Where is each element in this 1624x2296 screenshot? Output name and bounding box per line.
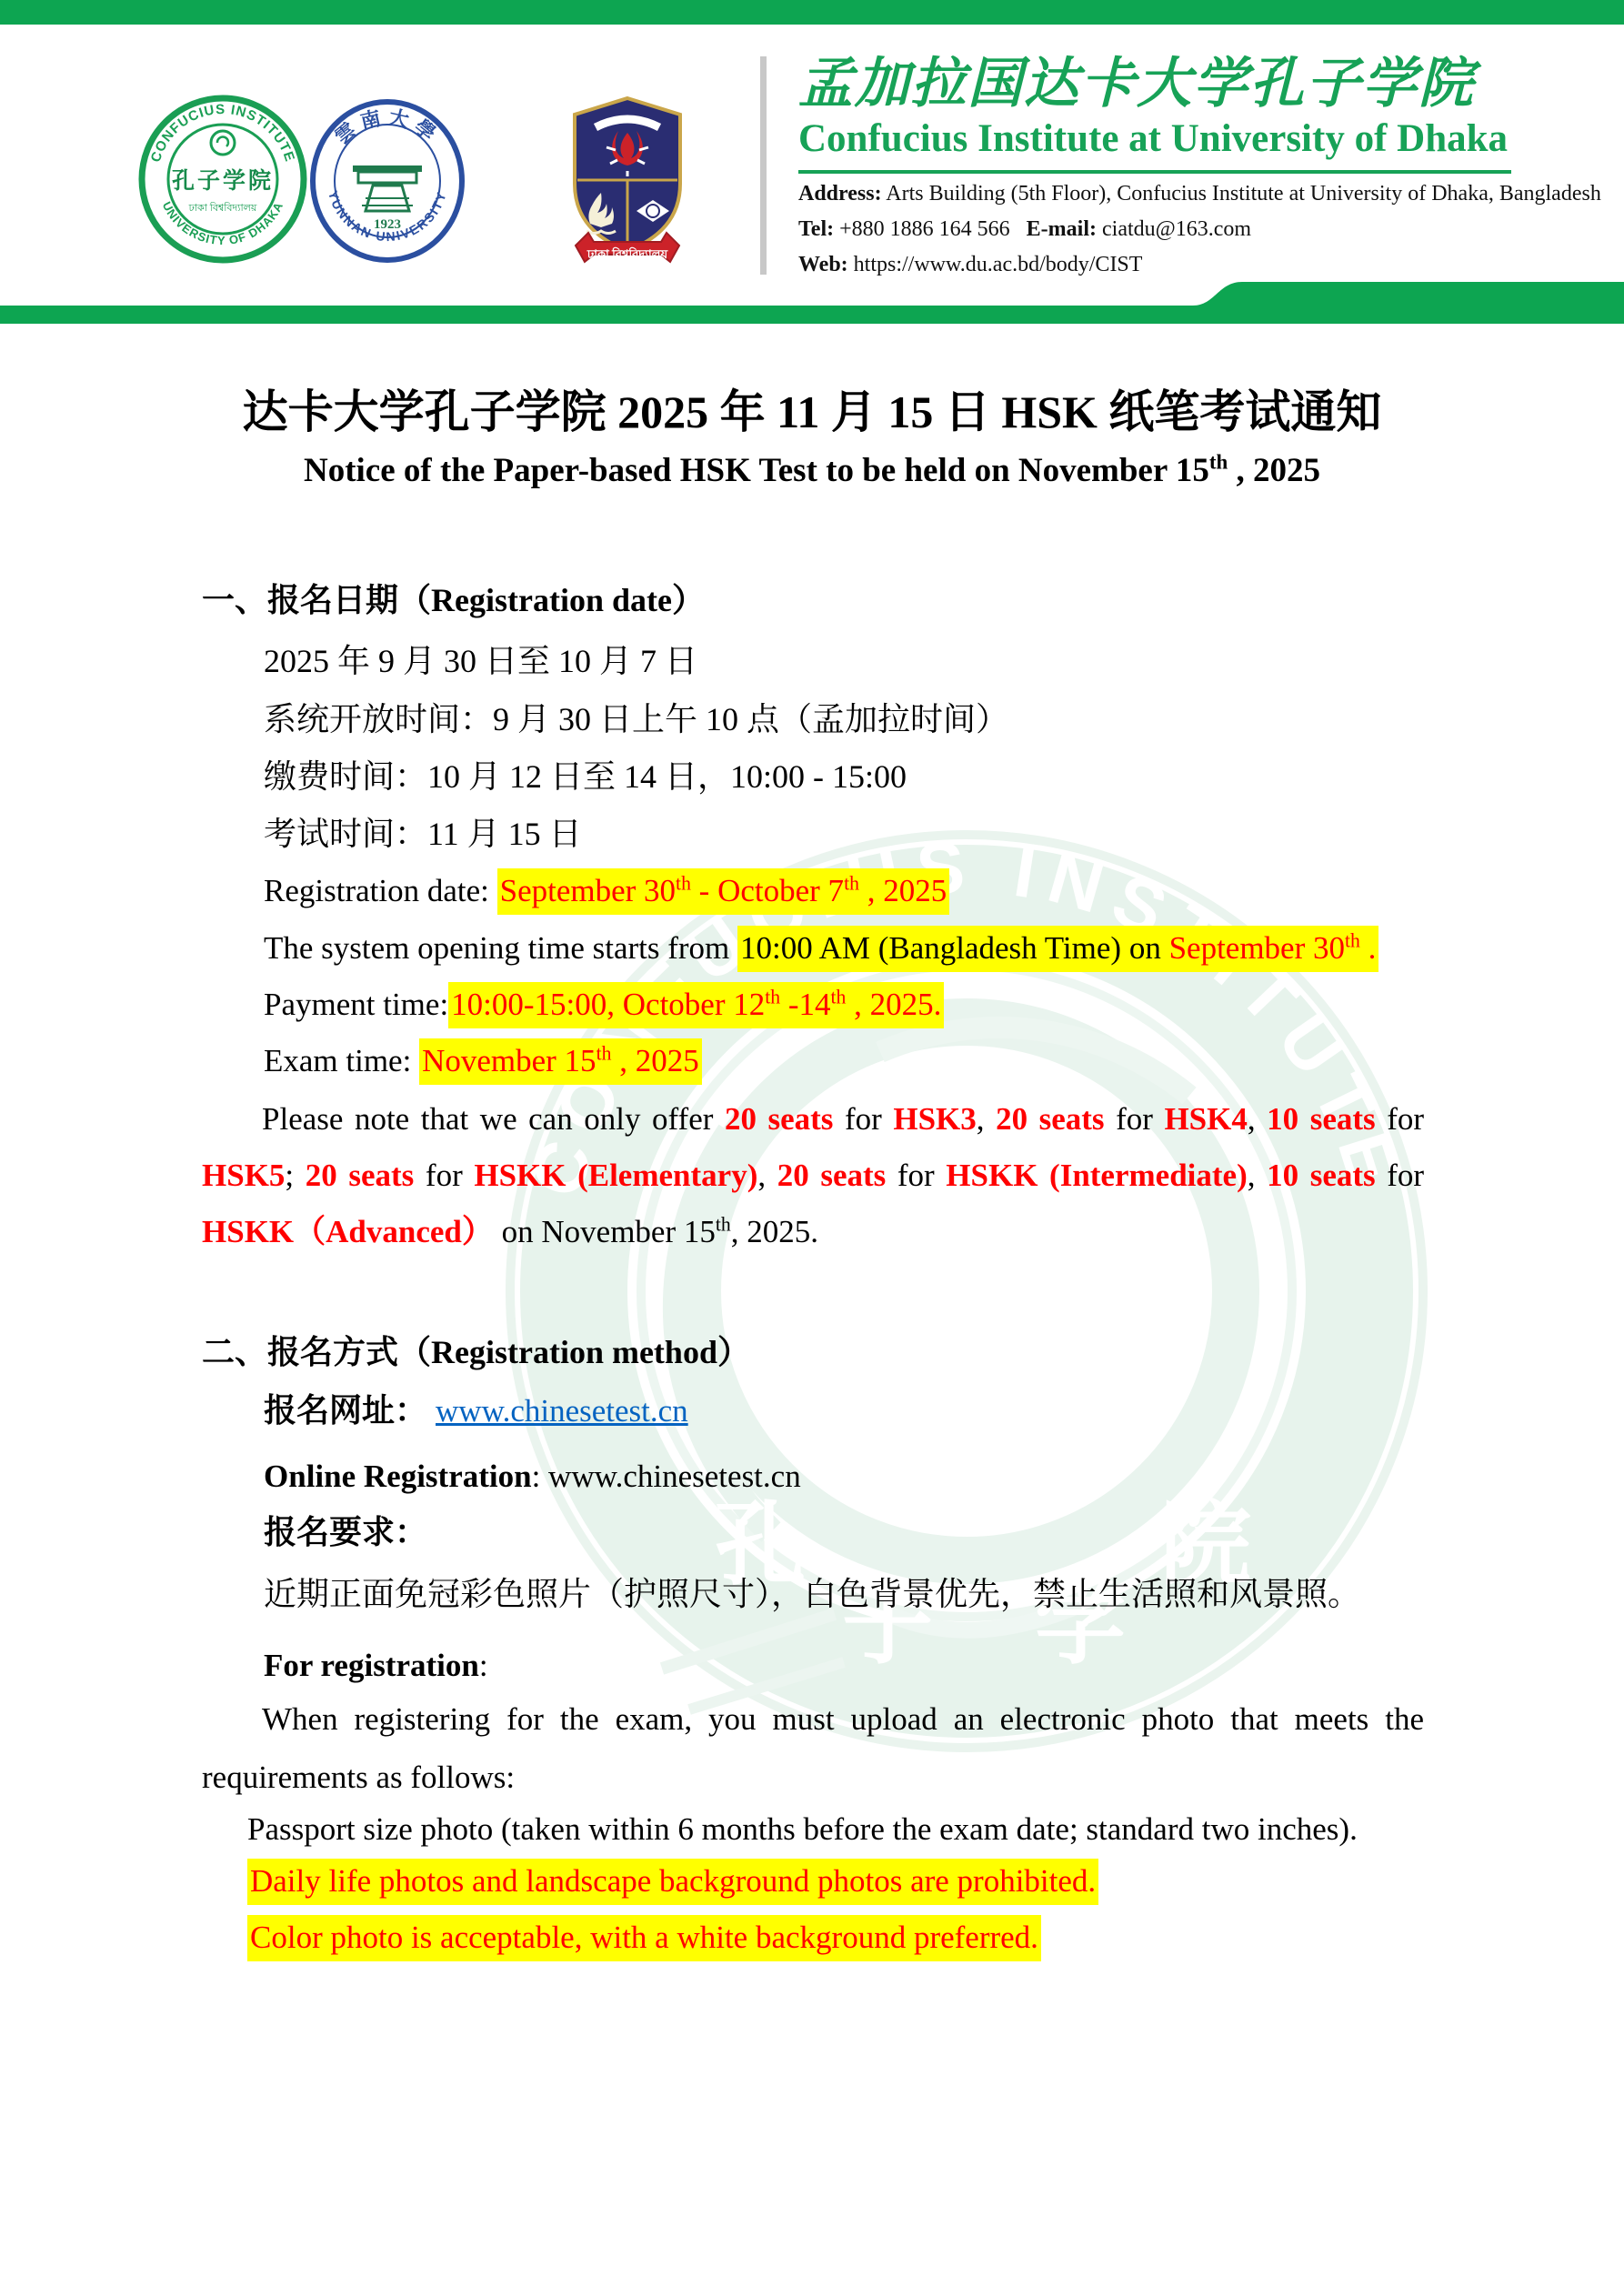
title-en-tail: , 2025 [1228,452,1320,489]
highlight-text: , 2025 [859,873,947,908]
title-en-sup: th [1209,451,1228,474]
registration-date-label: Registration date: [264,873,497,908]
registration-date-line: Registration date: September 30th - Octo… [264,870,949,912]
seats-red: 20 seats [306,1158,415,1193]
highlight-text: . [1360,930,1377,966]
seats-text: , [977,1101,996,1137]
university-of-dhaka-shield-icon: ঢাকা বিশ্ববিদ্যালয় [559,56,696,276]
seats-line-1: Please note that we can only offer 20 se… [262,1098,1424,1140]
acceptable-highlight: Color photo is acceptable, with a white … [247,1915,1041,1961]
seats-red: HSKK (Intermediate) [946,1158,1247,1193]
highlight-text: 10:00-15:00, October 12 [451,987,765,1022]
ordinal-sup: th [831,986,847,1008]
header-swoosh-bar [0,273,1624,327]
highlight-text: , 2025 [611,1043,698,1078]
shield-ribbon-text: ঢাকা বিশ্ববিদ্যালয় [586,246,669,261]
registration-dates-cn: 2025 年 9 月 30 日至 10 月 7 日 [264,640,697,683]
top-green-bar [0,0,1624,25]
document-page: CONFUCIUS INSTITUTE 孔 子 学 院 CONFUCIUS IN… [0,0,1624,2296]
seats-red: HSK4 [1164,1101,1247,1137]
highlight-text: September 30 [500,873,676,908]
system-open-cn: 系统开放时间：9 月 30 日上午 10 点（孟加拉时间） [264,698,1008,741]
requirements-label: 报名要求： [264,1511,427,1554]
seats-text: Please note that we can only offer [262,1101,725,1137]
ordinal-sup: th [765,986,780,1008]
ordinal-sup: th [1345,929,1360,951]
highlight-red-text: September 30th . [1169,930,1377,966]
exam-time-line: Exam time: November 15th , 2025 [264,1040,702,1082]
photo-requirement-cn: 近期正面免冠彩色照片（护照尺寸），白色背景优先，禁止生活照和风景照。 [264,1573,1360,1616]
seats-text: , [757,1158,777,1193]
tel-label: Tel: [798,217,834,241]
upload-photo-line-2: requirements as follows: [202,1757,515,1799]
institute-name-english: Confucius Institute at University of Dha… [798,116,1508,161]
seal-bengali-text: ঢাকা বিশ্ববিদ্যালয় [188,202,257,214]
ordinal-sup: th [596,1042,612,1064]
institute-name-chinese: 孟加拉国达卡大学孔子学院 [798,40,1517,118]
seats-line-2: HSK5; 20 seats for HSKK (Elementary), 20… [202,1155,1424,1197]
header-rule [798,170,1511,174]
seats-text: for [1376,1158,1424,1193]
page-title-chinese: 达卡大学孔子学院 2025 年 11 月 15 日 HSK 纸笔考试通知 [200,387,1424,437]
seats-red: 10 seats [1267,1101,1375,1137]
for-registration-line: For registration: [264,1645,488,1687]
registration-date-highlight: September 30th - October 7th , 2025 [497,868,950,915]
highlight-text: - October 7 [691,873,844,908]
chinesetest-link[interactable]: www.chinesetest.cn [436,1393,688,1429]
yunnan-university-seal-icon: 雲南大學 1923 YUNNAN UNIVERSITY [309,98,466,264]
payment-time-line: Payment time:10:00-15:00, October 12th -… [264,984,944,1026]
payment-time-cn: 缴费时间：10 月 12 日至 14 日，10:00 - 15:00 [264,756,907,798]
tel-value: +880 1886 164 566 [839,217,1010,241]
payment-time-label: Payment time: [264,987,448,1022]
seats-red: 20 seats [777,1158,887,1193]
exam-time-label: Exam time: [264,1043,419,1078]
online-registration-line: Online Registration: www.chinesetest.cn [264,1456,801,1498]
ordinal-sup: th [844,872,859,894]
ordinal-sup: th [676,872,691,894]
prohibited-highlight: Daily life photos and landscape backgrou… [247,1859,1098,1905]
seats-red: HSKK（Advanced） [202,1214,494,1249]
confucius-institute-dhaka-seal-icon: CONFUCIUS INSTITUTE UNIVERSITY OF DHAKA … [136,93,309,266]
system-opening-pre: The system opening time starts from [264,930,737,966]
address-line: Address: Arts Building (5th Floor), Conf… [798,182,1601,206]
online-registration-value: : www.chinesetest.cn [532,1459,801,1494]
for-registration-colon: : [479,1648,488,1683]
exam-time-cn: 考试时间：11 月 15 日 [264,813,582,856]
section2-heading: 二、报名方式（Registration method） [202,1331,750,1374]
seats-red: HSK5 [202,1158,285,1193]
seats-text: , [1248,1158,1267,1193]
page-title-english: Notice of the Paper-based HSK Test to be… [200,453,1424,490]
seats-red: 20 seats [725,1101,833,1137]
seats-red: HSK3 [893,1101,976,1137]
passport-photo-line: Passport size photo (taken within 6 mont… [247,1809,1358,1850]
seats-text: for [886,1158,946,1193]
seal-center-text: 孔子学院 [172,167,274,194]
upload-photo-line-1: When registering for the exam, you must … [262,1699,1424,1740]
seats-text: ; [285,1158,305,1193]
seats-red: HSKK (Elementary) [474,1158,757,1193]
highlight-text: , 2025. [846,987,941,1022]
highlight-text: November 15 [422,1043,596,1078]
prohibited-photos-line: Daily life photos and landscape backgrou… [247,1860,1098,1902]
ordinal-sup: th [716,1213,731,1235]
highlight-text: September 30 [1169,930,1345,966]
acceptable-photos-line: Color photo is acceptable, with a white … [247,1917,1041,1959]
title-en-main: Notice of the Paper-based HSK Test to be… [304,452,1209,489]
registration-url-label: 报名网址： [264,1392,427,1429]
online-registration-label: Online Registration [264,1459,532,1494]
registration-url-line: 报名网址： www.chinesetest.cn [264,1389,688,1432]
for-registration-label: For registration [264,1648,479,1683]
email-label: E-mail: [1027,217,1097,241]
seats-text: , 2025. [731,1214,818,1249]
address-label: Address: [798,182,882,206]
email-value: ciatdu@163.com [1102,217,1251,241]
exam-time-highlight: November 15th , 2025 [419,1038,702,1085]
seats-red: 10 seats [1267,1158,1376,1193]
seats-text: for [1376,1101,1424,1137]
payment-time-highlight: 10:00-15:00, October 12th -14th , 2025. [448,982,944,1028]
address-value: Arts Building (5th Floor), Confucius Ins… [886,182,1601,206]
highlight-text: 10:00 AM (Bangladesh Time) on [740,930,1169,966]
system-opening-highlight: 10:00 AM (Bangladesh Time) on September … [737,926,1378,972]
seats-text: , [1248,1101,1267,1137]
section1-heading: 一、报名日期（Registration date） [202,579,705,622]
seats-red: 20 seats [996,1101,1104,1137]
system-opening-line: The system opening time starts from 10:0… [264,927,1378,969]
seats-text: for [833,1101,893,1137]
seats-text: for [1105,1101,1165,1137]
seats-line-3: HSKK（Advanced） on November 15th, 2025. [202,1211,818,1253]
tel-email-line: Tel: +880 1886 164 566 E-mail: ciatdu@16… [798,217,1251,242]
header-divider [760,56,767,275]
seats-text: for [414,1158,474,1193]
seats-text: on November 15 [494,1214,716,1249]
highlight-text: -14 [780,987,830,1022]
